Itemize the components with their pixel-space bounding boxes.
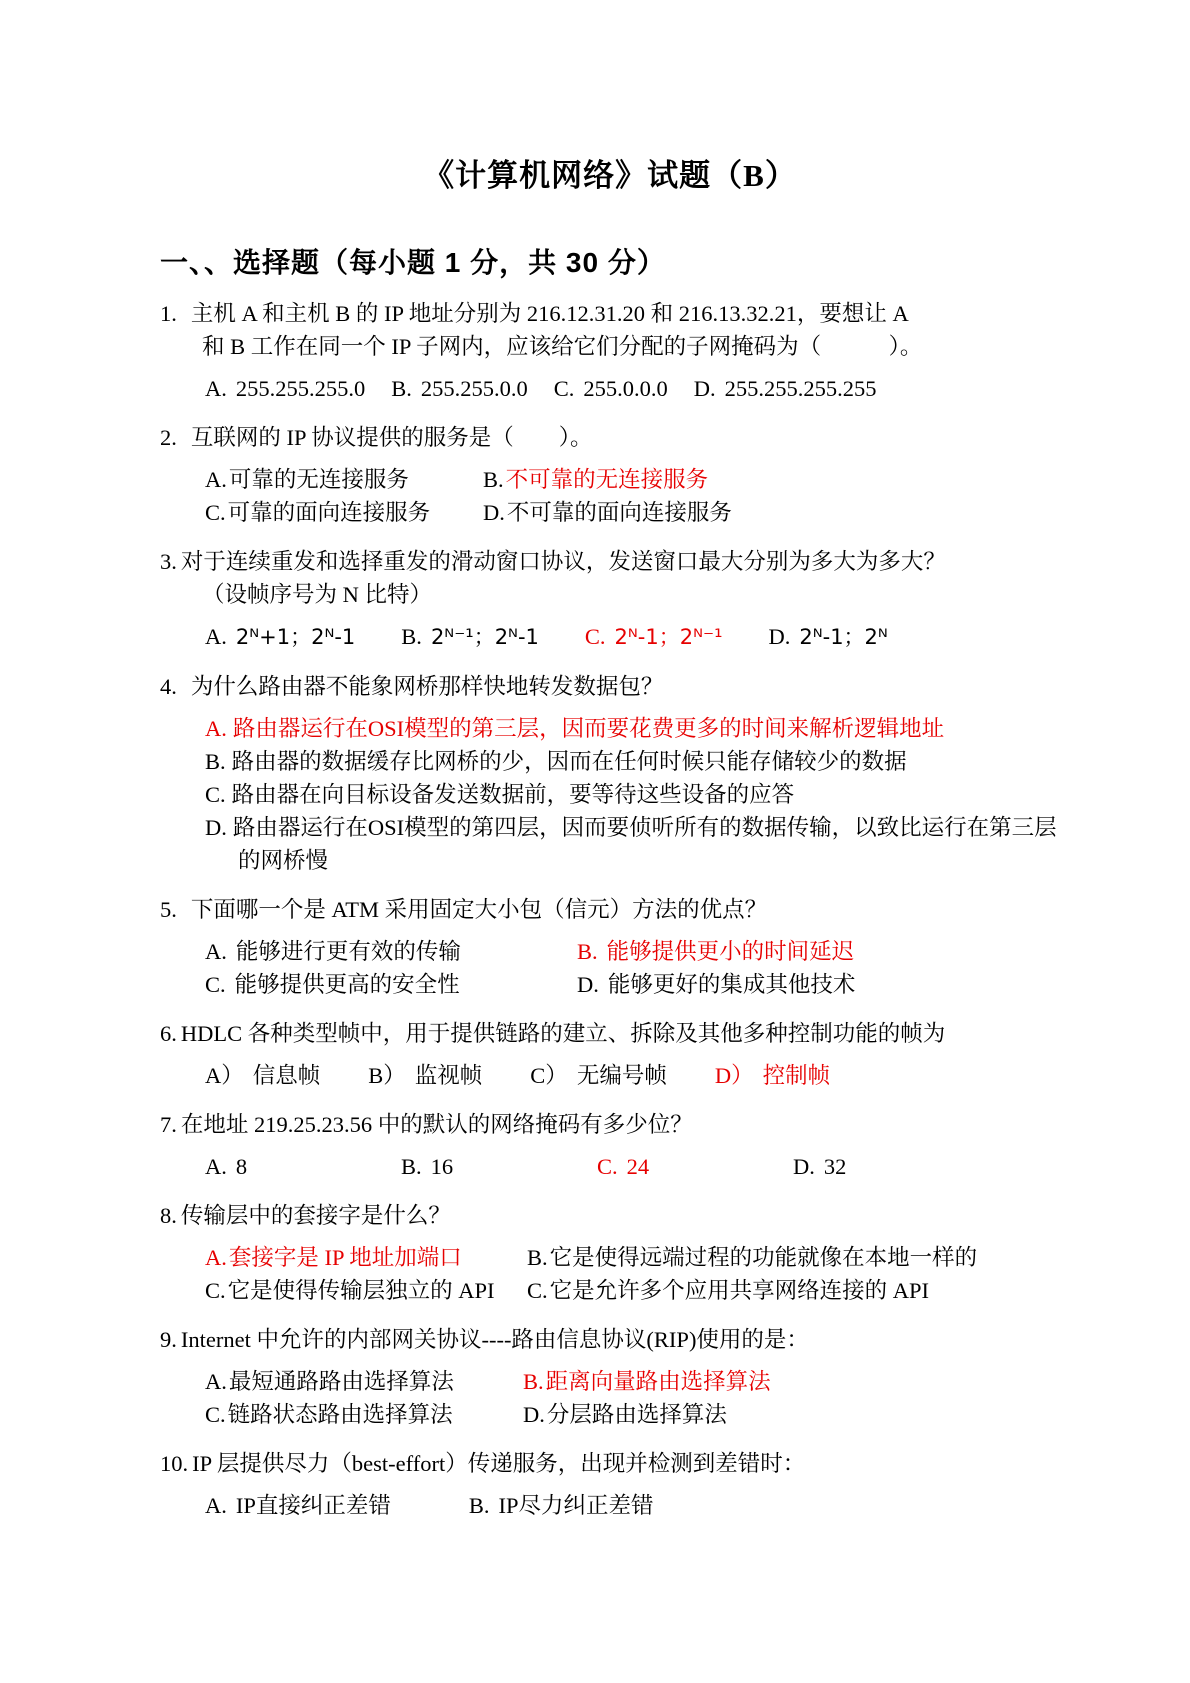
option-d: D.2ᴺ-1；2ᴺ bbox=[768, 620, 887, 654]
option-text: 255.0.0.0 bbox=[583, 376, 667, 401]
option-text: 2ᴺ-1；2ᴺ⁻¹ bbox=[615, 625, 723, 649]
option-d: D.不可靠的面向连接服务 bbox=[483, 496, 1060, 529]
option-a: A.2ᴺ+1；2ᴺ-1 bbox=[205, 620, 355, 654]
option-text: 不可靠的无连接服务 bbox=[506, 467, 709, 492]
option-text: 2ᴺ⁻¹；2ᴺ-1 bbox=[431, 625, 539, 649]
options-row: A.2ᴺ+1；2ᴺ-1 B.2ᴺ⁻¹；2ᴺ-1 C.2ᴺ-1；2ᴺ⁻¹ D.2ᴺ… bbox=[205, 620, 1060, 654]
option-a-correct: A.路由器运行在OSI模型的第三层，因而要花费更多的时间来解析逻辑地址 bbox=[205, 712, 1060, 745]
option-b: B.16 bbox=[401, 1150, 597, 1183]
option-text: IP直接纠正差错 bbox=[236, 1493, 391, 1518]
option-text: 可靠的面向连接服务 bbox=[228, 500, 431, 525]
option-d: D.分层路由选择算法 bbox=[523, 1398, 1060, 1431]
option-label: A. bbox=[205, 1369, 227, 1394]
option-text: 它是允许多个应用共享网络连接的 API bbox=[550, 1278, 929, 1303]
question-text: 9.Internet 中允许的内部网关协议----路由信息协议(RIP)使用的是… bbox=[160, 1323, 1060, 1356]
question-line: 和 B 工作在同一个 IP 子网内，应该给它们分配的子网掩码为（ ）。 bbox=[202, 330, 1060, 363]
option-label: D. bbox=[793, 1154, 815, 1179]
option-b-correct: B.能够提供更小的时间延迟 bbox=[577, 935, 1060, 968]
option-a: A.可靠的无连接服务 bbox=[205, 463, 483, 496]
question-6: 6.HDLC 各种类型帧中，用于提供链路的建立、拆除及其他多种控制功能的帧为 A… bbox=[160, 1017, 1060, 1092]
option-a: A.8 bbox=[205, 1150, 401, 1183]
option-text: 路由器的数据缓存比网桥的少，因而在任何时候只能存储较少的数据 bbox=[232, 749, 907, 774]
option-label: D. bbox=[205, 815, 227, 840]
page-content: 《计算机网络》试题（B） 一、、选择题（每小题 1 分，共 30 分） 1.主机… bbox=[160, 150, 1060, 1522]
options-row: A.IP直接纠正差错 B.IP尽力纠正差错 bbox=[205, 1489, 1060, 1522]
option-c: C.它是使得传输层独立的 API bbox=[205, 1274, 527, 1307]
option-b: B）监视帧 bbox=[368, 1059, 482, 1092]
option-text: 最短通路路由选择算法 bbox=[229, 1369, 454, 1394]
option-label: A. bbox=[205, 939, 227, 964]
option-b-correct: B.不可靠的无连接服务 bbox=[483, 463, 1060, 496]
option-label: C） bbox=[530, 1063, 568, 1088]
option-label: A. bbox=[205, 1154, 227, 1179]
option-label: B. bbox=[401, 624, 422, 649]
question-number: 7. bbox=[160, 1112, 177, 1137]
option-text: 2ᴺ+1；2ᴺ-1 bbox=[236, 625, 355, 649]
question-text: 1.主机 A 和主机 B 的 IP 地址分别为 216.12.31.20 和 2… bbox=[160, 297, 1060, 363]
option-text: 链路状态路由选择算法 bbox=[228, 1402, 453, 1427]
option-label: C. bbox=[585, 624, 606, 649]
option-a: A.能够进行更有效的传输 bbox=[205, 935, 577, 968]
option-text: 24 bbox=[627, 1154, 650, 1179]
question-number: 2. bbox=[160, 425, 177, 450]
option-b: B.路由器的数据缓存比网桥的少，因而在任何时候只能存储较少的数据 bbox=[205, 745, 1060, 778]
options-grid: A.可靠的无连接服务 B.不可靠的无连接服务 C.可靠的面向连接服务 D.不可靠… bbox=[205, 463, 1060, 529]
option-label: A. bbox=[205, 624, 227, 649]
option-label: B. bbox=[483, 467, 504, 492]
question-number: 10. bbox=[160, 1451, 188, 1476]
question-line: 在地址 219.25.23.56 中的默认的网络掩码有多少位？ bbox=[181, 1112, 693, 1137]
option-text: 2ᴺ-1；2ᴺ bbox=[799, 625, 887, 649]
options-grid: A.能够进行更有效的传输 B.能够提供更小的时间延迟 C.能够提供更高的安全性 … bbox=[205, 935, 1060, 1001]
option-text: 控制帧 bbox=[763, 1063, 831, 1088]
option-label: C. bbox=[527, 1278, 548, 1303]
option-label: A. bbox=[205, 1245, 227, 1270]
option-text: 可靠的无连接服务 bbox=[229, 467, 409, 492]
question-4: 4.为什么路由器不能象网桥那样快地转发数据包？ A.路由器运行在OSI模型的第三… bbox=[160, 670, 1060, 877]
option-label: B. bbox=[523, 1369, 544, 1394]
option-d: D.32 bbox=[793, 1150, 989, 1183]
option-c: C.链路状态路由选择算法 bbox=[205, 1398, 523, 1431]
question-7: 7.在地址 219.25.23.56 中的默认的网络掩码有多少位？ A.8 B.… bbox=[160, 1108, 1060, 1183]
option-text: 32 bbox=[824, 1154, 847, 1179]
option-label: A. bbox=[205, 716, 227, 741]
option-c: C）无编号帧 bbox=[530, 1059, 667, 1092]
question-2: 2.互联网的 IP 协议提供的服务是（ ）。 A.可靠的无连接服务 B.不可靠的… bbox=[160, 421, 1060, 529]
question-text: 10.IP 层提供尽力（best-effort）传递服务，出现并检测到差错时： bbox=[160, 1447, 1060, 1480]
option-label: C. bbox=[597, 1154, 618, 1179]
option-label: B. bbox=[391, 376, 412, 401]
question-number: 1. bbox=[160, 301, 177, 326]
question-number: 9. bbox=[160, 1327, 177, 1352]
options-grid: A.最短通路路由选择算法 B.距离向量路由选择算法 C.链路状态路由选择算法 D… bbox=[205, 1365, 1060, 1431]
question-line: 对于连续重发和选择重发的滑动窗口协议，发送窗口最大分别为多大为多大？ bbox=[181, 549, 946, 574]
option-label: B. bbox=[577, 939, 598, 964]
option-b: B.IP尽力纠正差错 bbox=[469, 1489, 654, 1522]
question-number: 6. bbox=[160, 1021, 177, 1046]
option-label: B. bbox=[527, 1245, 548, 1270]
option-text: 不可靠的面向连接服务 bbox=[507, 500, 732, 525]
option-label: D. bbox=[577, 972, 599, 997]
question-text: 7.在地址 219.25.23.56 中的默认的网络掩码有多少位？ bbox=[160, 1108, 1060, 1141]
option-label: D. bbox=[483, 500, 505, 525]
option-label: A. bbox=[205, 376, 227, 401]
option-label: B. bbox=[469, 1493, 490, 1518]
option-text: 255.255.255.0 bbox=[236, 376, 365, 401]
options-row: A.8 B.16 C.24 D.32 bbox=[205, 1150, 1060, 1183]
page-title: 《计算机网络》试题（B） bbox=[160, 150, 1060, 195]
question-text: 2.互联网的 IP 协议提供的服务是（ ）。 bbox=[160, 421, 1060, 454]
option-text: 套接字是 IP 地址加端口 bbox=[229, 1245, 462, 1270]
question-number: 5. bbox=[160, 897, 177, 922]
option-text: 路由器运行在OSI模型的第三层，因而要花费更多的时间来解析逻辑地址 bbox=[233, 716, 944, 741]
question-10: 10.IP 层提供尽力（best-effort）传递服务，出现并检测到差错时： … bbox=[160, 1447, 1060, 1522]
option-label: C. bbox=[205, 500, 226, 525]
option-label: D） bbox=[715, 1063, 754, 1088]
option-text: 它是使得远端过程的功能就像在本地一样的 bbox=[550, 1245, 978, 1270]
option-b: B.2ᴺ⁻¹；2ᴺ-1 bbox=[401, 620, 539, 654]
option-d: D.路由器运行在OSI模型的第四层，因而要侦听所有的数据传输，以致比运行在第三层… bbox=[205, 811, 1060, 877]
question-9: 9.Internet 中允许的内部网关协议----路由信息协议(RIP)使用的是… bbox=[160, 1323, 1060, 1431]
question-8: 8.传输层中的套接字是什么？ A.套接字是 IP 地址加端口 B.它是使得远端过… bbox=[160, 1199, 1060, 1307]
option-label: A. bbox=[205, 1493, 227, 1518]
option-label: D. bbox=[523, 1402, 545, 1427]
question-line: 下面哪一个是 ATM 采用固定大小包（信元）方法的优点？ bbox=[191, 897, 767, 922]
question-text: 6.HDLC 各种类型帧中，用于提供链路的建立、拆除及其他多种控制功能的帧为 bbox=[160, 1017, 1060, 1050]
option-text: 距离向量路由选择算法 bbox=[546, 1369, 771, 1394]
question-number: 8. bbox=[160, 1203, 177, 1228]
option-c-correct: C.24 bbox=[597, 1150, 793, 1183]
option-b: B.255.255.0.0 bbox=[391, 372, 528, 405]
option-text: 能够进行更有效的传输 bbox=[236, 939, 461, 964]
question-number: 3. bbox=[160, 549, 177, 574]
question-line: 主机 A 和主机 B 的 IP 地址分别为 216.12.31.20 和 216… bbox=[191, 301, 909, 326]
question-line: IP 层提供尽力（best-effort）传递服务，出现并检测到差错时： bbox=[192, 1451, 805, 1476]
question-text: 8.传输层中的套接字是什么？ bbox=[160, 1199, 1060, 1232]
question-number: 4. bbox=[160, 674, 177, 699]
question-1: 1.主机 A 和主机 B 的 IP 地址分别为 216.12.31.20 和 2… bbox=[160, 297, 1060, 405]
option-text: 分层路由选择算法 bbox=[547, 1402, 727, 1427]
option-label: B. bbox=[205, 749, 226, 774]
option-label: C. bbox=[205, 972, 226, 997]
option-a: A.最短通路路由选择算法 bbox=[205, 1365, 523, 1398]
question-5: 5.下面哪一个是 ATM 采用固定大小包（信元）方法的优点？ A.能够进行更有效… bbox=[160, 893, 1060, 1001]
option-c: C.能够提供更高的安全性 bbox=[205, 968, 577, 1001]
option-label: C. bbox=[205, 1278, 226, 1303]
option-d: D.255.255.255.255 bbox=[694, 372, 877, 405]
option-c-duplicate: C.它是允许多个应用共享网络连接的 API bbox=[527, 1274, 1060, 1307]
question-line: 为什么路由器不能象网桥那样快地转发数据包？ bbox=[191, 674, 664, 699]
option-c: C.可靠的面向连接服务 bbox=[205, 496, 483, 529]
option-text: 路由器在向目标设备发送数据前，要等待这些设备的应答 bbox=[232, 782, 795, 807]
option-text: 它是使得传输层独立的 API bbox=[228, 1278, 495, 1303]
option-label: D. bbox=[768, 624, 790, 649]
option-text: 监视帧 bbox=[415, 1063, 483, 1088]
option-text: 能够提供更小的时间延迟 bbox=[607, 939, 855, 964]
question-line: （设帧序号为 N 比特） bbox=[202, 578, 1060, 611]
question-text: 3.对于连续重发和选择重发的滑动窗口协议，发送窗口最大分别为多大为多大？ （设帧… bbox=[160, 545, 1060, 611]
option-d: D.能够更好的集成其他技术 bbox=[577, 968, 1060, 1001]
option-b: B.它是使得远端过程的功能就像在本地一样的 bbox=[527, 1241, 1060, 1274]
option-text: 信息帧 bbox=[253, 1063, 321, 1088]
options-list: A.路由器运行在OSI模型的第三层，因而要花费更多的时间来解析逻辑地址 B.路由… bbox=[205, 712, 1060, 877]
option-text: 路由器运行在OSI模型的第四层，因而要侦听所有的数据传输，以致比运行在第三层的网… bbox=[233, 815, 1057, 873]
option-text: 16 bbox=[431, 1154, 454, 1179]
question-text: 4.为什么路由器不能象网桥那样快地转发数据包？ bbox=[160, 670, 1060, 703]
option-label: A） bbox=[205, 1063, 244, 1088]
option-label: B. bbox=[401, 1154, 422, 1179]
question-line: HDLC 各种类型帧中，用于提供链路的建立、拆除及其他多种控制功能的帧为 bbox=[181, 1021, 945, 1046]
options-grid: A.套接字是 IP 地址加端口 B.它是使得远端过程的功能就像在本地一样的 C.… bbox=[205, 1241, 1060, 1307]
option-c: C.路由器在向目标设备发送数据前，要等待这些设备的应答 bbox=[205, 778, 1060, 811]
option-d-correct: D）控制帧 bbox=[715, 1059, 830, 1092]
question-line: Internet 中允许的内部网关协议----路由信息协议(RIP)使用的是： bbox=[181, 1327, 809, 1352]
option-label: C. bbox=[205, 782, 226, 807]
option-text: 无编号帧 bbox=[577, 1063, 667, 1088]
question-line: 传输层中的套接字是什么？ bbox=[181, 1203, 451, 1228]
option-text: 8 bbox=[236, 1154, 247, 1179]
option-text: 255.255.255.255 bbox=[725, 376, 877, 401]
option-text: IP尽力纠正差错 bbox=[499, 1493, 654, 1518]
option-label: B） bbox=[368, 1063, 406, 1088]
option-a: A）信息帧 bbox=[205, 1059, 320, 1092]
option-a: A.IP直接纠正差错 bbox=[205, 1489, 391, 1522]
options-row: A）信息帧 B）监视帧 C）无编号帧 D）控制帧 bbox=[205, 1059, 1060, 1092]
section-heading: 一、、选择题（每小题 1 分，共 30 分） bbox=[160, 241, 1060, 281]
options-row: A.255.255.255.0 B.255.255.0.0 C.255.0.0.… bbox=[205, 372, 1060, 405]
option-label: C. bbox=[205, 1402, 226, 1427]
question-line: 互联网的 IP 协议提供的服务是（ ）。 bbox=[191, 425, 593, 450]
option-c-correct: C.2ᴺ-1；2ᴺ⁻¹ bbox=[585, 620, 723, 654]
option-b-correct: B.距离向量路由选择算法 bbox=[523, 1365, 1060, 1398]
option-a-correct: A.套接字是 IP 地址加端口 bbox=[205, 1241, 527, 1274]
option-c: C.255.0.0.0 bbox=[554, 372, 668, 405]
option-label: A. bbox=[205, 467, 227, 492]
option-text: 能够提供更高的安全性 bbox=[235, 972, 460, 997]
question-text: 5.下面哪一个是 ATM 采用固定大小包（信元）方法的优点？ bbox=[160, 893, 1060, 926]
exam-paper-page: 《计算机网络》试题（B） 一、、选择题（每小题 1 分，共 30 分） 1.主机… bbox=[0, 0, 1190, 1683]
option-text: 能够更好的集成其他技术 bbox=[608, 972, 856, 997]
option-a: A.255.255.255.0 bbox=[205, 372, 365, 405]
option-label: D. bbox=[694, 376, 716, 401]
option-text: 255.255.0.0 bbox=[421, 376, 528, 401]
question-3: 3.对于连续重发和选择重发的滑动窗口协议，发送窗口最大分别为多大为多大？ （设帧… bbox=[160, 545, 1060, 654]
option-label: C. bbox=[554, 376, 575, 401]
